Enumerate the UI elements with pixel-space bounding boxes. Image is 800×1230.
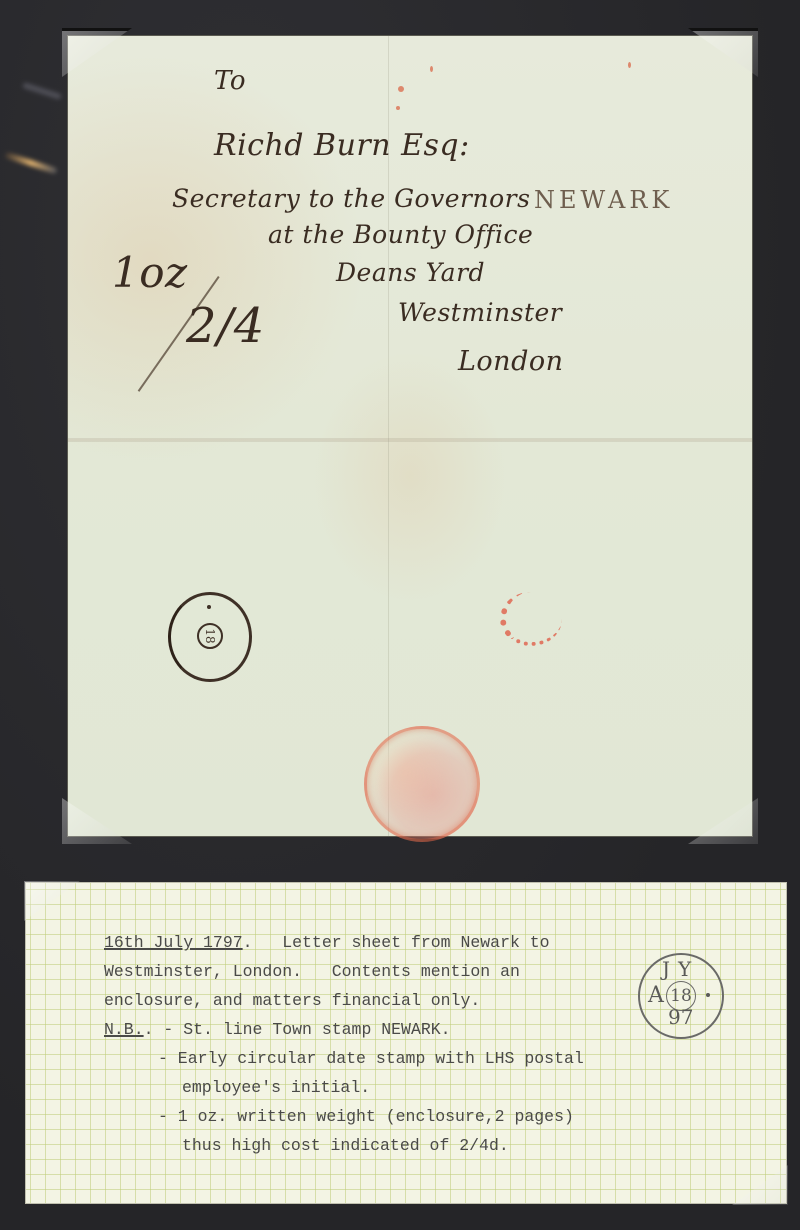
backstamp-dot: [207, 605, 211, 609]
description-card: 16th July 1797. Letter sheet from Newark…: [26, 883, 786, 1203]
sketch-month: JY: [662, 957, 699, 981]
address-street: Deans Yard: [336, 258, 485, 287]
red-ink-speck: [430, 66, 433, 72]
letter-date: 16th July 1797: [104, 933, 243, 952]
address-to: To: [214, 66, 246, 96]
horizontal-fold-line: [68, 438, 752, 442]
description-line: thus high cost indicated of 2/4d.: [182, 1131, 509, 1160]
description-line: - 1 oz. written weight (enclosure,2 page…: [158, 1102, 574, 1131]
address-office: at the Bounty Office: [268, 220, 533, 249]
description-line: - Early circular date stamp with LHS pos…: [158, 1044, 584, 1073]
addressee-name: Richd Burn Esq:: [214, 128, 470, 163]
description-line: 16th July 1797. Letter sheet from Newark…: [104, 928, 550, 957]
photo-corner-mount: [62, 798, 132, 844]
date-stamp-sketch: JY A 18 97: [638, 953, 724, 1039]
red-ink-speck: [628, 62, 631, 68]
description-line: N.B.. - St. line Town stamp NEWARK.: [104, 1015, 451, 1044]
description-line: Westminster, London. Contents mention an: [104, 957, 520, 986]
address-city: London: [458, 346, 564, 377]
red-ink-speck: [398, 86, 404, 92]
circular-date-backstamp: 18: [168, 592, 252, 682]
nb-label: N.B.: [104, 1020, 144, 1039]
newark-town-stamp: NEWARK: [534, 186, 673, 214]
sketch-dot: [706, 993, 710, 997]
photo-corner-mount: [62, 28, 132, 77]
red-wax-seal: [364, 726, 480, 842]
light-glare: [22, 82, 62, 100]
light-glare: [4, 152, 57, 174]
photo-corner-mount: [688, 28, 758, 77]
description-line: enclosure, and matters financial only.: [104, 986, 480, 1015]
red-ink-speck: [396, 106, 400, 110]
photo-corner-mount: [24, 881, 80, 921]
manuscript-postage-mark: 2/4: [186, 298, 265, 354]
sketch-year: 97: [668, 1005, 693, 1029]
address-district: Westminster: [398, 298, 562, 327]
album-page-background: To Richd Burn Esq: Secretary to the Gove…: [0, 0, 800, 1230]
sketch-initial: A: [648, 983, 664, 1008]
photo-corner-mount: [732, 1165, 788, 1205]
addressee-title: Secretary to the Governors: [172, 184, 530, 213]
red-partial-stamp: [500, 592, 562, 646]
manuscript-weight-mark: 1oz: [112, 248, 188, 297]
backstamp-inner-circle: 18: [197, 623, 223, 649]
letter-sheet: To Richd Burn Esq: Secretary to the Gove…: [68, 36, 752, 836]
description-line: employee's initial.: [182, 1073, 370, 1102]
photo-corner-mount: [688, 798, 758, 844]
